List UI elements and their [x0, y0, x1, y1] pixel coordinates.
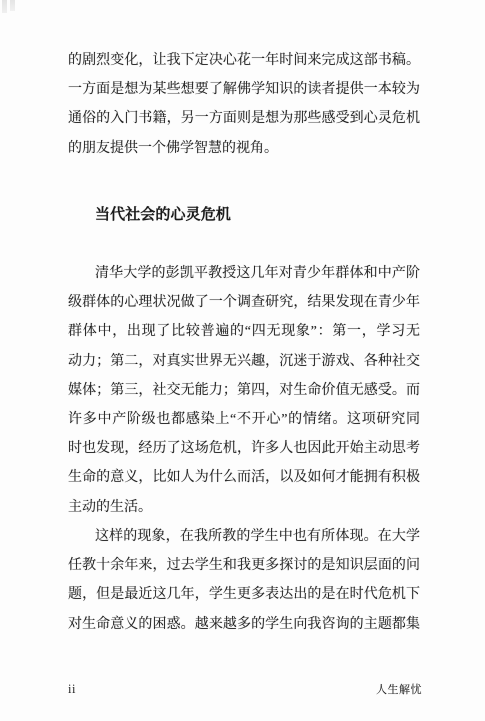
text-line: 清华大学的彭凯平教授这几年对青少年群体和中产阶 [68, 259, 420, 288]
page-number: ii [68, 682, 76, 697]
page-footer: ii 人生解忧 [68, 681, 422, 697]
text-line: 媒体；第三，社交无能力；第四，对生命价值无感受。而 [68, 376, 420, 405]
text-line: 动力；第二，对真实世界无兴趣，沉迷于游戏、各种社交 [68, 347, 420, 376]
text-line: 任教十余年来，过去学生和我更多探讨的是知识层面的问 [68, 551, 420, 580]
text-line: 级群体的心理状况做了一个调查研究，结果发现在青少年 [68, 288, 420, 317]
paragraph-research: 清华大学的彭凯平教授这几年对青少年群体和中产阶 级群体的心理状况做了一个调查研究… [68, 259, 420, 522]
paragraph-students: 这样的现象，在我所教的学生中也有所体现。在大学 任教十余年来，过去学生和我更多探… [68, 522, 420, 639]
text-line: 主动的生活。 [68, 493, 420, 522]
text-line: 许多中产阶级也都感染上“不开心”的情绪。这项研究同 [68, 405, 420, 434]
section-heading: 当代社会的心灵危机 [68, 200, 420, 229]
text-line: 题，但是最近这几年，学生更多表达出的是在时代危机下 [68, 580, 420, 609]
text-line: 的剧烈变化，让我下定决心花一年时间来完成这部书稿。 [68, 46, 420, 75]
text-line: 生命的意义，比如人为什么而活，以及如何才能拥有积极 [68, 463, 420, 492]
text-line: 时也发现，经历了这场危机，许多人也因此开始主动思考 [68, 434, 420, 463]
text-line: 一方面是想为某些想要了解佛学知识的读者提供一本较为 [68, 75, 420, 104]
text-line: 通俗的入门书籍，另一方面则是想为那些感受到心灵危机 [68, 104, 420, 133]
text-line: 群体中，出现了比较普遍的“四无现象”：第一，学习无 [68, 317, 420, 346]
paragraph-intro: 的剧烈变化，让我下定决心花一年时间来完成这部书稿。 一方面是想为某些想要了解佛学… [68, 46, 420, 163]
page-body: 的剧烈变化，让我下定决心花一年时间来完成这部书稿。 一方面是想为某些想要了解佛学… [68, 0, 420, 721]
scan-artifact [2, 0, 16, 13]
text-line: 这样的现象，在我所教的学生中也有所体现。在大学 [68, 522, 420, 551]
running-title: 人生解忧 [376, 681, 422, 697]
text-line: 对生命意义的困惑。越来越多的学生向我咨询的主题都集 [68, 610, 420, 639]
book-page: 的剧烈变化，让我下定决心花一年时间来完成这部书稿。 一方面是想为某些想要了解佛学… [0, 0, 485, 721]
text-line: 的朋友提供一个佛学智慧的视角。 [68, 134, 420, 163]
